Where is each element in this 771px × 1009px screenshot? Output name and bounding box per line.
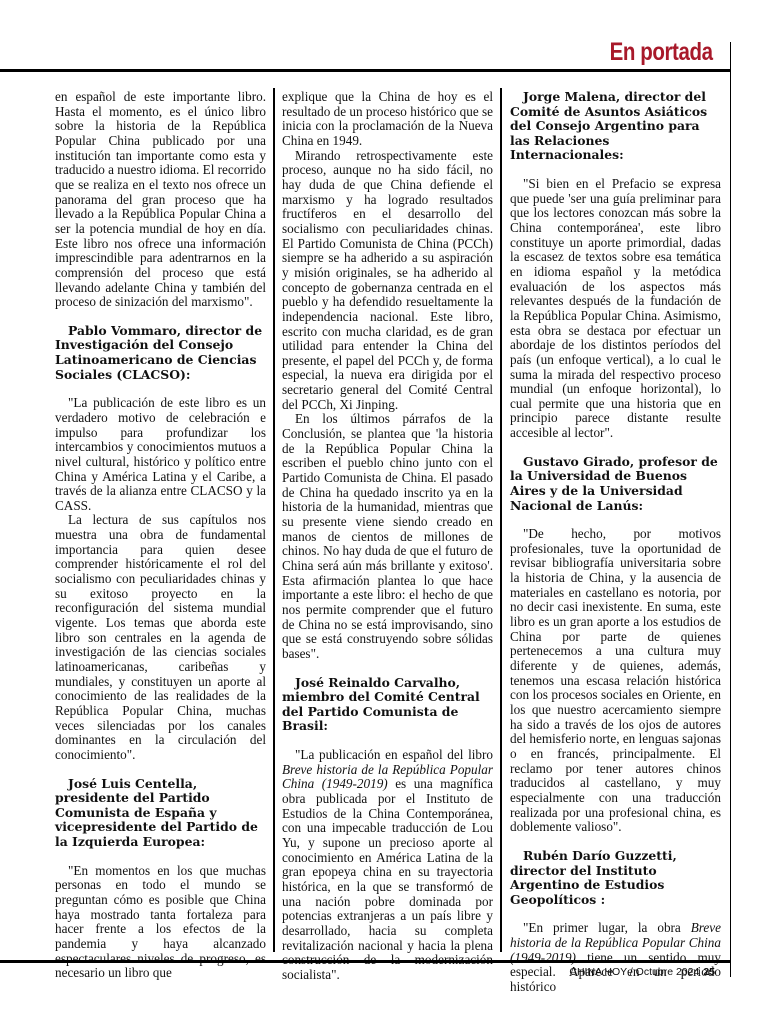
quote-author-heading: José Reinaldo Carvalho, miembro del Comi…: [282, 676, 493, 734]
page-footer: CHINA HOY / Octubre 202425: [569, 966, 715, 978]
body-paragraph: "En momentos en los que muchas personas …: [55, 864, 266, 981]
body-paragraph: "De hecho, por motivos profesionales, tu…: [510, 527, 721, 835]
body-paragraph: explique que la China de hoy es el resul…: [282, 90, 493, 149]
body-paragraph: "La publicación de este libro es un verd…: [55, 396, 266, 513]
paragraph-text: "En primer lugar, la obra: [523, 920, 691, 935]
column-divider: [500, 88, 502, 952]
paragraph-text: es una magnífica obra publicada por el I…: [282, 776, 493, 982]
right-margin-rule: [730, 42, 731, 977]
body-paragraph: "La publicación en español del libro Bre…: [282, 748, 493, 983]
section-title: En portada: [610, 38, 713, 67]
body-paragraph: en español de este importante libro. Has…: [55, 90, 266, 310]
quote-author-heading: Jorge Malena, director del Comité de Asu…: [510, 90, 721, 163]
quote-author-heading: Pablo Vommaro, director de Investigación…: [55, 324, 266, 382]
header-rule: [0, 69, 731, 72]
quote-author-heading: Rubén Darío Guzzetti, director del Insti…: [510, 849, 721, 907]
article-column-1: en español de este importante libro. Has…: [55, 90, 266, 981]
body-paragraph: "En primer lugar, la obra Breve historia…: [510, 921, 721, 994]
quote-author-heading: José Luis Centella, presidente del Parti…: [55, 777, 266, 850]
publication-issue: CHINA HOY / Octubre 2024: [569, 966, 699, 978]
article-column-2: explique que la China de hoy es el resul…: [282, 90, 493, 982]
column-divider: [273, 88, 275, 952]
quote-author-heading: Gustavo Girado, profesor de la Universid…: [510, 455, 721, 513]
footer-rule: [0, 960, 731, 963]
body-paragraph: En los últimos párrafos de la Conclusión…: [282, 412, 493, 661]
body-paragraph: "Si bien en el Prefacio se expresa que p…: [510, 177, 721, 441]
body-paragraph: Mirando retrospectivamente este proceso,…: [282, 149, 493, 413]
paragraph-text: "La publicación en español del libro: [295, 747, 493, 762]
article-column-3: Jorge Malena, director del Comité de Asu…: [510, 90, 721, 995]
body-paragraph: La lectura de sus capítulos nos muestra …: [55, 513, 266, 762]
page-number: 25: [703, 966, 715, 978]
